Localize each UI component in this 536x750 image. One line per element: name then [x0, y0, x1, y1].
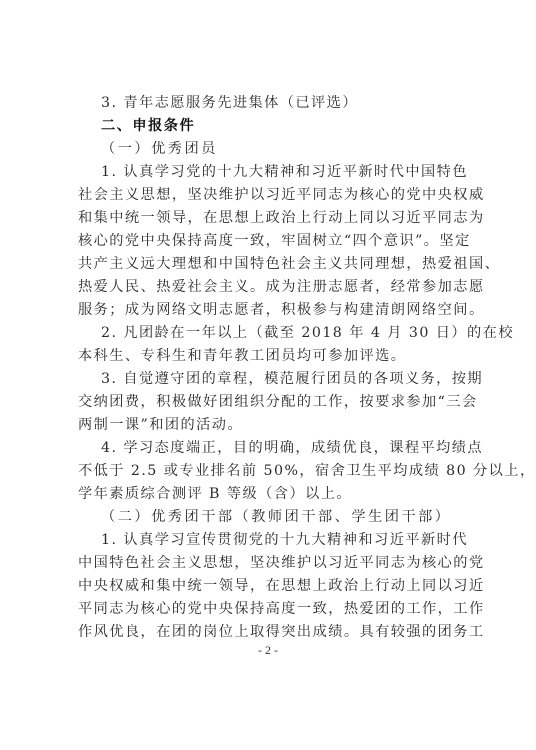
text-line: 和集中统一领导，在思想上政治上行动上同以习近平同志为 — [78, 207, 468, 230]
subsection-heading: （二）优秀团干部（教师团干部、学生团干部） — [78, 506, 468, 529]
subsection-heading: （一）优秀团员 — [78, 138, 468, 161]
text-line: 本科生、专科生和青年教工团员均可参加评选。 — [78, 345, 468, 368]
document-body: 3. 青年志愿服务先进集体（已评选）二、申报条件（一）优秀团员1. 认真学习党的… — [78, 92, 468, 644]
text-line: 中央权威和集中统一领导，在思想上政治上行动上同以习近 — [78, 575, 468, 598]
text-line: 作风优良，在团的岗位上取得突出成绩。具有较强的团务工 — [78, 621, 468, 644]
text-line: 2. 凡团龄在一年以上（截至 2018 年 4 月 30 日）的在校 — [78, 322, 468, 345]
text-line: 交纳团费，积极做好团组织分配的工作，按要求参加“三会 — [78, 391, 468, 414]
text-line: 4. 学习态度端正，目的明确，成绩优良，课程平均绩点 — [78, 437, 468, 460]
text-line: 核心的党中央保持高度一致，牢固树立“四个意识”。坚定 — [78, 230, 468, 253]
document-page: 3. 青年志愿服务先进集体（已评选）二、申报条件（一）优秀团员1. 认真学习党的… — [0, 0, 536, 750]
text-line: 不低于 2.5 或专业排名前 50%，宿舍卫生平均成绩 80 分以上， — [78, 460, 468, 483]
text-line: 中国特色社会主义思想，坚决维护以习近平同志为核心的党 — [78, 552, 468, 575]
section-heading: 二、申报条件 — [78, 115, 468, 138]
text-line: 服务；成为网络文明志愿者，积极参与构建清朗网络空间。 — [78, 299, 468, 322]
page-number: - 2 - — [0, 643, 536, 658]
text-line: 两制一课”和团的活动。 — [78, 414, 468, 437]
text-line: 学年素质综合测评 B 等级（含）以上。 — [78, 483, 468, 506]
text-line: 热爱人民、热爱社会主义。成为注册志愿者，经常参加志愿 — [78, 276, 468, 299]
text-line: 共产主义远大理想和中国特色社会主义共同理想，热爱祖国、 — [78, 253, 468, 276]
text-line: 1. 认真学习宣传贯彻党的十九大精神和习近平新时代 — [78, 529, 468, 552]
text-line: 1. 认真学习党的十九大精神和习近平新时代中国特色 — [78, 161, 468, 184]
text-line: 3. 青年志愿服务先进集体（已评选） — [78, 92, 468, 115]
text-line: 3. 自觉遵守团的章程，模范履行团员的各项义务，按期 — [78, 368, 468, 391]
text-line: 平同志为核心的党中央保持高度一致，热爱团的工作，工作 — [78, 598, 468, 621]
text-line: 社会主义思想，坚决维护以习近平同志为核心的党中央权威 — [78, 184, 468, 207]
